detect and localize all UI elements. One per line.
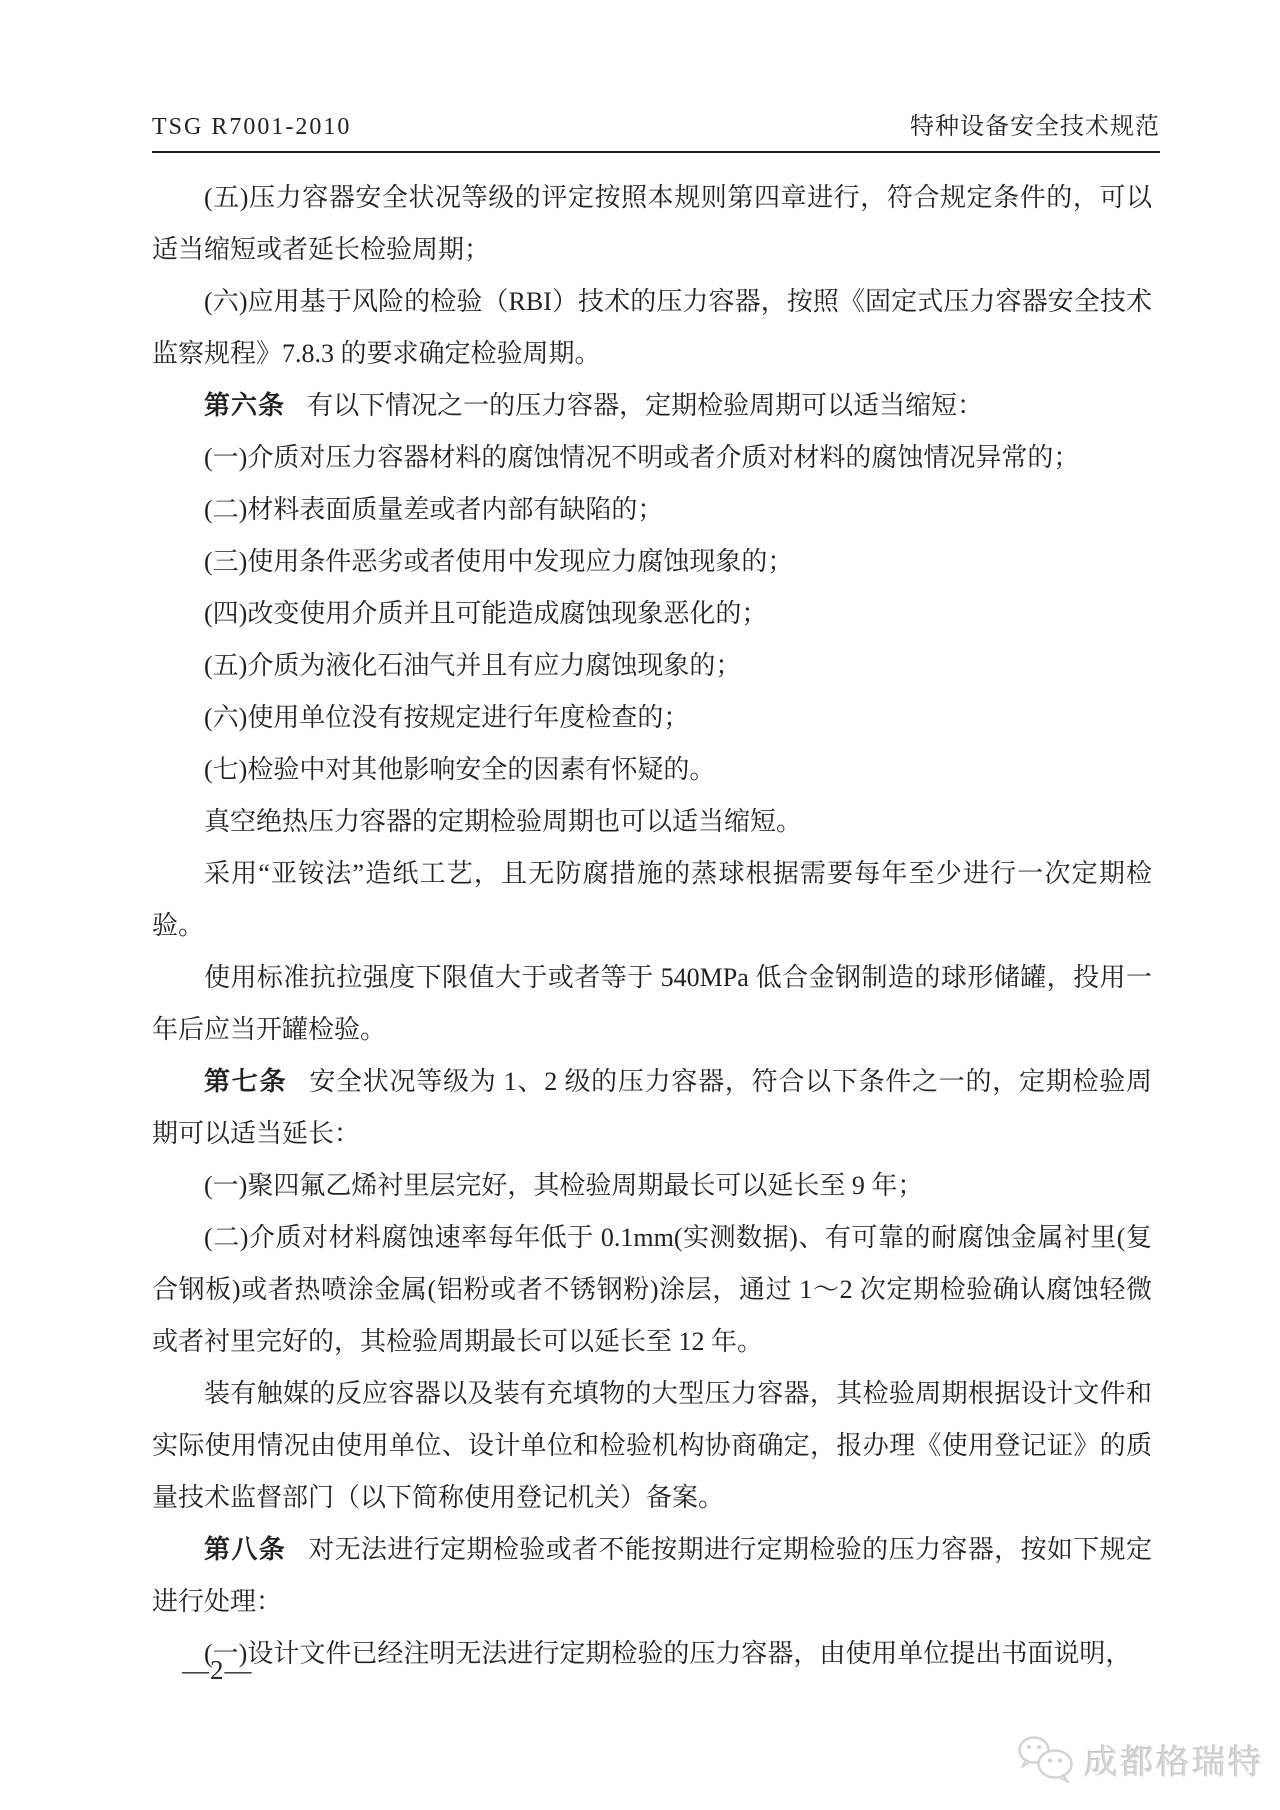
article-number: 第六条 [204, 391, 285, 420]
paragraph: (六)使用单位没有按规定进行年度检查的； [152, 692, 1152, 744]
article-number: 第八条 [204, 1535, 286, 1564]
page-number: —2— [182, 1655, 253, 1686]
watermark-text: 成都格瑞特 [1084, 1735, 1264, 1784]
article-paragraph: 第八条对无法进行定期检验或者不能按期进行定期检验的压力容器，按如下规定进行处理： [152, 1524, 1152, 1628]
paragraph: 真空绝热压力容器的定期检验周期也可以适当缩短。 [152, 796, 1152, 848]
paragraph: (四)改变使用介质并且可能造成腐蚀现象恶化的； [152, 588, 1152, 640]
paragraph: (六)应用基于风险的检验（RBI）技术的压力容器，按照《固定式压力容器安全技术监… [152, 276, 1152, 380]
wechat-icon [1015, 1733, 1077, 1785]
document-page: TSG R7001-2010 特种设备安全技术规范 (五)压力容器安全状况等级的… [0, 0, 1280, 1810]
document-body: (五)压力容器安全状况等级的评定按照本规则第四章进行，符合规定条件的，可以适当缩… [152, 172, 1152, 1680]
document-title: 特种设备安全技术规范 [910, 112, 1160, 142]
paragraph: 装有触媒的反应容器以及装有充填物的大型压力容器，其检验周期根据设计文件和实际使用… [152, 1368, 1152, 1524]
paragraph: (一)设计文件已经注明无法进行定期检验的压力容器，由使用单位提出书面说明， [152, 1628, 1152, 1680]
paragraph: (二)材料表面质量差或者内部有缺陷的； [152, 484, 1152, 536]
page-header: TSG R7001-2010 特种设备安全技术规范 [152, 112, 1160, 153]
paragraph: (三)使用条件恶劣或者使用中发现应力腐蚀现象的； [152, 536, 1152, 588]
paragraph: 使用标准抗拉强度下限值大于或者等于 540MPa 低合金钢制造的球形储罐，投用一… [152, 952, 1152, 1056]
article-paragraph: 第七条安全状况等级为 1、2 级的压力容器，符合以下条件之一的，定期检验周期可以… [152, 1056, 1152, 1160]
paragraph: (五)介质为液化石油气并且有应力腐蚀现象的； [152, 640, 1152, 692]
document-code: TSG R7001-2010 [152, 112, 351, 142]
article-number: 第七条 [204, 1067, 287, 1096]
paragraph: 采用“亚铵法”造纸工艺，且无防腐措施的蒸球根据需要每年至少进行一次定期检验。 [152, 848, 1152, 952]
paragraph: (一)聚四氟乙烯衬里层完好，其检验周期最长可以延长至 9 年； [152, 1160, 1152, 1212]
article-paragraph: 第六条有以下情况之一的压力容器，定期检验周期可以适当缩短： [152, 380, 1152, 432]
paragraph: (二)介质对材料腐蚀速率每年低于 0.1mm(实测数据)、有可靠的耐腐蚀金属衬里… [152, 1212, 1152, 1368]
paragraph: (七)检验中对其他影响安全的因素有怀疑的。 [152, 744, 1152, 796]
paragraph: (五)压力容器安全状况等级的评定按照本规则第四章进行，符合规定条件的，可以适当缩… [152, 172, 1152, 276]
paragraph: (一)介质对压力容器材料的腐蚀情况不明或者介质对材料的腐蚀情况异常的； [152, 432, 1152, 484]
publisher-watermark: 成都格瑞特 [1015, 1733, 1264, 1785]
